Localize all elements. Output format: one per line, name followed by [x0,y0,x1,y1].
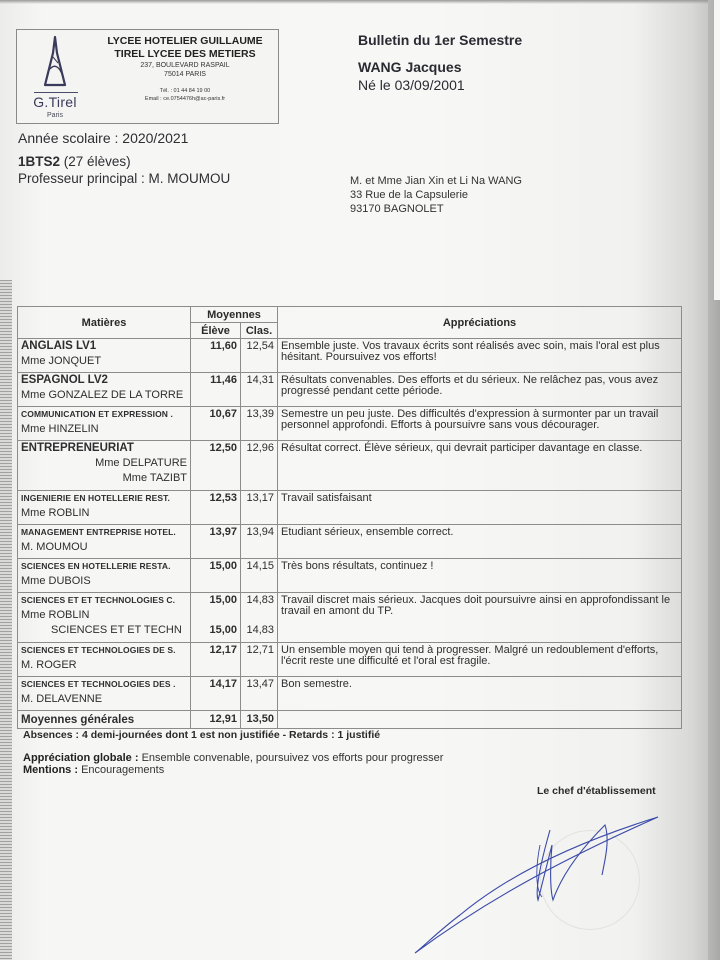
class-average: 13,94 [241,525,278,559]
header-subject: Matières [18,307,191,339]
table-row: ANGLAIS LV1 Mme JONQUET 11,60 12,54 Ense… [18,339,682,373]
appreciation: Un ensemble moyen qui tend à progresser.… [278,643,682,677]
bulletin-title: Bulletin du 1er Semestre [358,32,522,48]
school-name-line1: LYCEE HOTELIER GUILLAUME [95,35,275,48]
teacher-name: M. ROGER [21,658,187,673]
subject-name: ESPAGNOL LV2 [21,373,187,388]
parents-address: M. et Mme Jian Xin et Li Na WANG 33 Rue … [350,174,522,216]
sub-class-average: 14,83 [244,623,274,638]
appreciation: Etudiant sérieux, ensemble correct. [278,525,682,559]
sub-subject-name: SCIENCES ET ET TECHN [21,623,187,638]
student-average: 13,97 [191,525,241,559]
class-average: 12,96 [241,441,278,491]
total-class-average: 13,50 [241,711,278,729]
appreciation: Travail satisfaisant [278,491,682,525]
table-row: INGENIERIE EN HOTELLERIE REST. Mme ROBLI… [18,491,682,525]
scan-shadow [0,0,720,4]
global-assessment: Appréciation globale : Ensemble convenab… [23,752,443,776]
totals-row: Moyennes générales 12,91 13,50 [18,711,682,729]
teacher-name: Mme HINZELIN [21,422,187,437]
teacher-name: Mme ROBLIN [21,506,187,521]
subject-name: SCIENCES ET ET TECHNOLOGIES C. [21,593,187,608]
signature-icon [400,805,670,955]
global-appreciation-value: Ensemble convenable, poursuivez vos effo… [142,752,444,764]
class-average: 14,83 [244,593,274,608]
student-average: 11,60 [191,339,241,373]
table-row: ENTREPRENEURIAT Mme DELPATURE Mme TAZIBT… [18,441,682,491]
teacher-name: M. DELAVENNE [21,692,187,707]
school-address-line1: 237, BOULEVARD RASPAIL [95,61,275,70]
head-teacher: Professeur principal : M. MOUMOU [18,171,230,186]
student-average: 15,00 [194,593,237,608]
student-average: 12,50 [191,441,241,491]
student-name: WANG Jacques [358,59,461,75]
header-appreciations: Appréciations [278,307,682,339]
school-header: G.Tirel Paris LYCEE HOTELIER GUILLAUME T… [16,29,279,124]
subject-name: SCIENCES EN HOTELLERIE RESTA. [21,559,187,574]
teacher-name: Mme ROBLIN [21,608,187,623]
school-address-line2: 75014 PARIS [95,70,275,79]
subject-name: SCIENCES ET TECHNOLOGIES DES . [21,677,187,692]
class-average: 14,31 [241,373,278,407]
student-average: 10,67 [191,407,241,441]
totals-label: Moyennes générales [18,711,191,729]
class-count: (27 élèves) [64,154,131,169]
signature-label: Le chef d'établissement [537,785,656,797]
mentions-label: Mentions : [23,764,78,776]
class-average: 13,47 [241,677,278,711]
table-row: MANAGEMENT ENTREPRISE HOTEL. M. MOUMOU 1… [18,525,682,559]
logo-divider [34,92,78,93]
table-row: SCIENCES ET TECHNOLOGIES DE S. M. ROGER … [18,643,682,677]
class-name: 1BTS2 [18,154,60,169]
teacher-name: Mme TAZIBT [21,471,187,486]
appreciation: Bon semestre. [278,677,682,711]
global-appreciation: Appréciation globale : Ensemble convenab… [23,752,443,764]
header-student-avg: Élève [191,323,241,339]
table-row: SCIENCES ET TECHNOLOGIES DES . M. DELAVE… [18,677,682,711]
logo-name: G.Tirel [21,94,89,110]
teacher-name: Mme DUBOIS [21,574,187,589]
subject-name: ENTREPRENEURIAT [21,441,187,456]
header-averages: Moyennes [191,307,278,323]
appreciation: Résultat correct. Élève sérieux, qui dev… [278,441,682,491]
subject-name: SCIENCES ET TECHNOLOGIES DE S. [21,643,187,658]
table-row: ESPAGNOL LV2 Mme GONZALEZ DE LA TORRE 11… [18,373,682,407]
teacher-name: Mme DELPATURE [21,456,187,471]
school-name-line2: TIREL LYCEE DES METIERS [95,48,275,61]
student-average: 12,17 [191,643,241,677]
appreciation: Semestre un peu juste. Des difficultés d… [278,407,682,441]
appreciation: Résultats convenables. Des efforts et du… [278,373,682,407]
teacher-name: Mme JONQUET [21,354,187,369]
mentions-value: Encouragements [81,764,164,776]
parents-names: M. et Mme Jian Xin et Li Na WANG [350,174,522,188]
class-average: 13,17 [241,491,278,525]
parents-street: 33 Rue de la Capsulerie [350,188,522,202]
school-email: Email : ce.0754476h@ac-paris.fr [95,95,275,103]
student-average: 14,17 [191,677,241,711]
global-appreciation-label: Appréciation globale : [23,752,139,764]
student-average: 15,00 [191,559,241,593]
grades-table: Matières Moyennes Appréciations Élève Cl… [17,306,682,729]
subject-name: COMMUNICATION ET EXPRESSION . [21,407,187,422]
table-row: SCIENCES ET ET TECHNOLOGIES C. Mme ROBLI… [18,593,682,643]
teacher-name: Mme GONZALEZ DE LA TORRE [21,388,187,403]
appreciation: Très bons résultats, continuez ! [278,559,682,593]
scan-edge-right-top [714,0,720,300]
header-class-avg: Clas. [241,323,278,339]
school-year: Année scolaire : 2020/2021 [18,130,188,146]
total-student-average: 12,91 [191,711,241,729]
class-average: 14,15 [241,559,278,593]
class-average: 12,54 [241,339,278,373]
teacher-name: M. MOUMOU [21,540,187,555]
appreciation: Ensemble juste. Vos travaux écrits sont … [278,339,682,373]
school-phone: Tél. : 01 44 84 19 00 [95,87,275,95]
table-row: COMMUNICATION ET EXPRESSION . Mme HINZEL… [18,407,682,441]
school-logo: G.Tirel Paris [21,33,89,121]
logo-city: Paris [21,112,89,119]
table-row: SCIENCES EN HOTELLERIE RESTA. Mme DUBOIS… [18,559,682,593]
class-info: 1BTS2 (27 élèves) [18,154,131,169]
class-average: 13,39 [241,407,278,441]
sub-student-average: 15,00 [194,623,237,638]
class-average: 12,71 [241,643,278,677]
scan-edge-left [0,280,12,960]
eiffel-tower-icon [31,35,79,91]
mentions: Mentions : Encouragements [23,764,443,776]
subject-name: MANAGEMENT ENTREPRISE HOTEL. [21,525,187,540]
student-average: 11,46 [191,373,241,407]
totals-appreciation-empty [278,711,682,729]
subject-name: ANGLAIS LV1 [21,339,187,354]
school-info: LYCEE HOTELIER GUILLAUME TIREL LYCEE DES… [95,35,275,103]
student-average: 12,53 [191,491,241,525]
student-birthdate: Né le 03/09/2001 [358,77,465,93]
appreciation: Travail discret mais sérieux. Jacques do… [278,593,682,643]
subject-name: INGENIERIE EN HOTELLERIE REST. [21,491,187,506]
absences: Absences : 4 demi-journées dont 1 est no… [23,729,380,741]
parents-city: 93170 BAGNOLET [350,202,522,216]
